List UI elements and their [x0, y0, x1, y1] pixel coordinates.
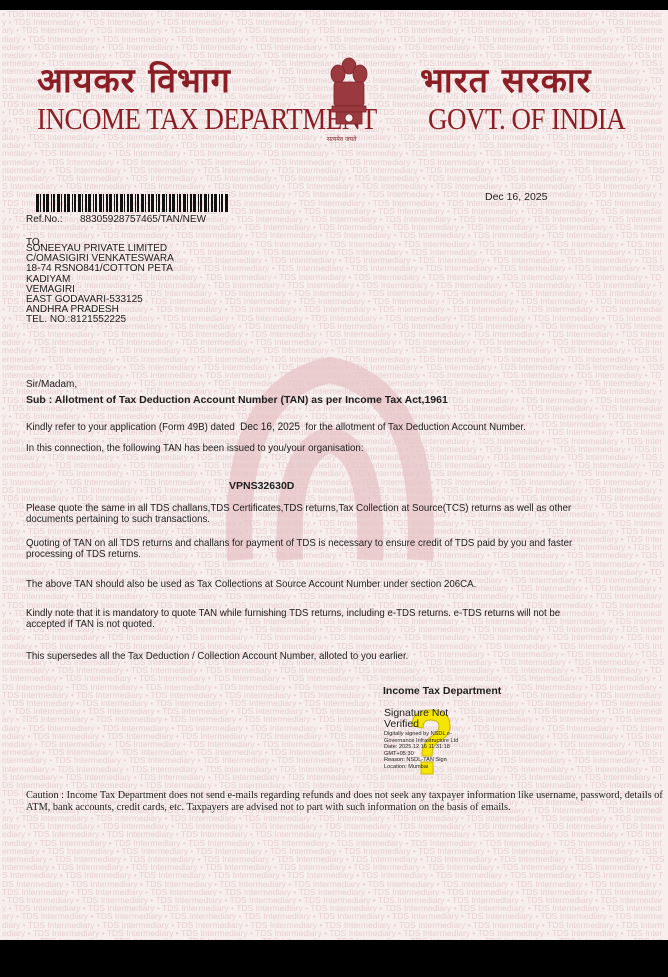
signature-detail-line: Reason: NSDL-TAN Sign [384, 757, 458, 764]
govt-name-hindi: भारत सरकार [420, 56, 592, 102]
tan-number: VPNS32630D [229, 480, 294, 492]
signature-details: Digitally signed by NSDL e-Governance In… [384, 731, 458, 771]
signature-detail-line: GMT+05:30 [384, 751, 458, 758]
emblem-motto: सत्यमेव जयते [327, 134, 356, 146]
paragraph-application-reference: Kindly refer to your application (Form 4… [26, 422, 596, 434]
ref-label: Ref.No.: [26, 214, 63, 226]
govt-name-english: GOVT. OF INDIA [428, 102, 625, 137]
recipient-address: SONEEYAU PRIVATE LIMITEDC/OMASIGIRI VENK… [26, 244, 174, 326]
paragraph-tcs-section: The above TAN should also be used as Tax… [26, 580, 596, 591]
para1-prefix: Kindly refer to your application (Form 4… [26, 422, 235, 433]
paragraph-supersedes: This supersedes all the Tax Deduction / … [26, 652, 596, 663]
address-line: TEL. NO.:8121552225 [26, 315, 174, 325]
barcode [36, 194, 228, 212]
paragraph-tds-credit: Quoting of TAN on all TDS returns and ch… [26, 539, 596, 561]
digital-signature-block: Signature Not Verified Digitally signed … [384, 708, 458, 771]
paragraph-tan-issued: In this connection, the following TAN ha… [26, 444, 596, 455]
subject-line: Sub : Allotment of Tax Deduction Account… [26, 394, 448, 406]
paragraph-quote-tan: Please quote the same in all TDS challan… [26, 504, 596, 526]
ashoka-emblem-icon [326, 52, 372, 144]
para1-suffix: for the allotment of Tax Deduction Accou… [305, 422, 525, 433]
signature-status: Signature Not Verified [384, 708, 454, 729]
application-date: Dec 16, 2025 [240, 421, 300, 433]
signature-detail-line: Digitally signed by NSDL e- [384, 731, 458, 738]
salutation: Sir/Madam, [26, 379, 77, 391]
signature-detail-line: Date: 2025.12.16 11:31:18 [384, 744, 458, 751]
paragraph-mandatory-tan: Kindly note that it is mandatory to quot… [26, 609, 596, 631]
signature-detail-line: Location: Mumbai [384, 764, 458, 771]
signatory-name: Income Tax Department [383, 685, 501, 697]
caution-notice: Caution : Income Tax Department does not… [26, 790, 666, 814]
tan-allotment-letter: • TDS Intermediary • TDS Intermediary • … [0, 10, 668, 940]
dept-name-hindi: आयकर विभाग [37, 56, 231, 102]
signature-detail-line: Governance Infrastructure Ltd [384, 738, 458, 745]
letter-date: Dec 16, 2025 [485, 191, 547, 203]
ref-number: 88305928757465/TAN/NEW [80, 214, 206, 226]
